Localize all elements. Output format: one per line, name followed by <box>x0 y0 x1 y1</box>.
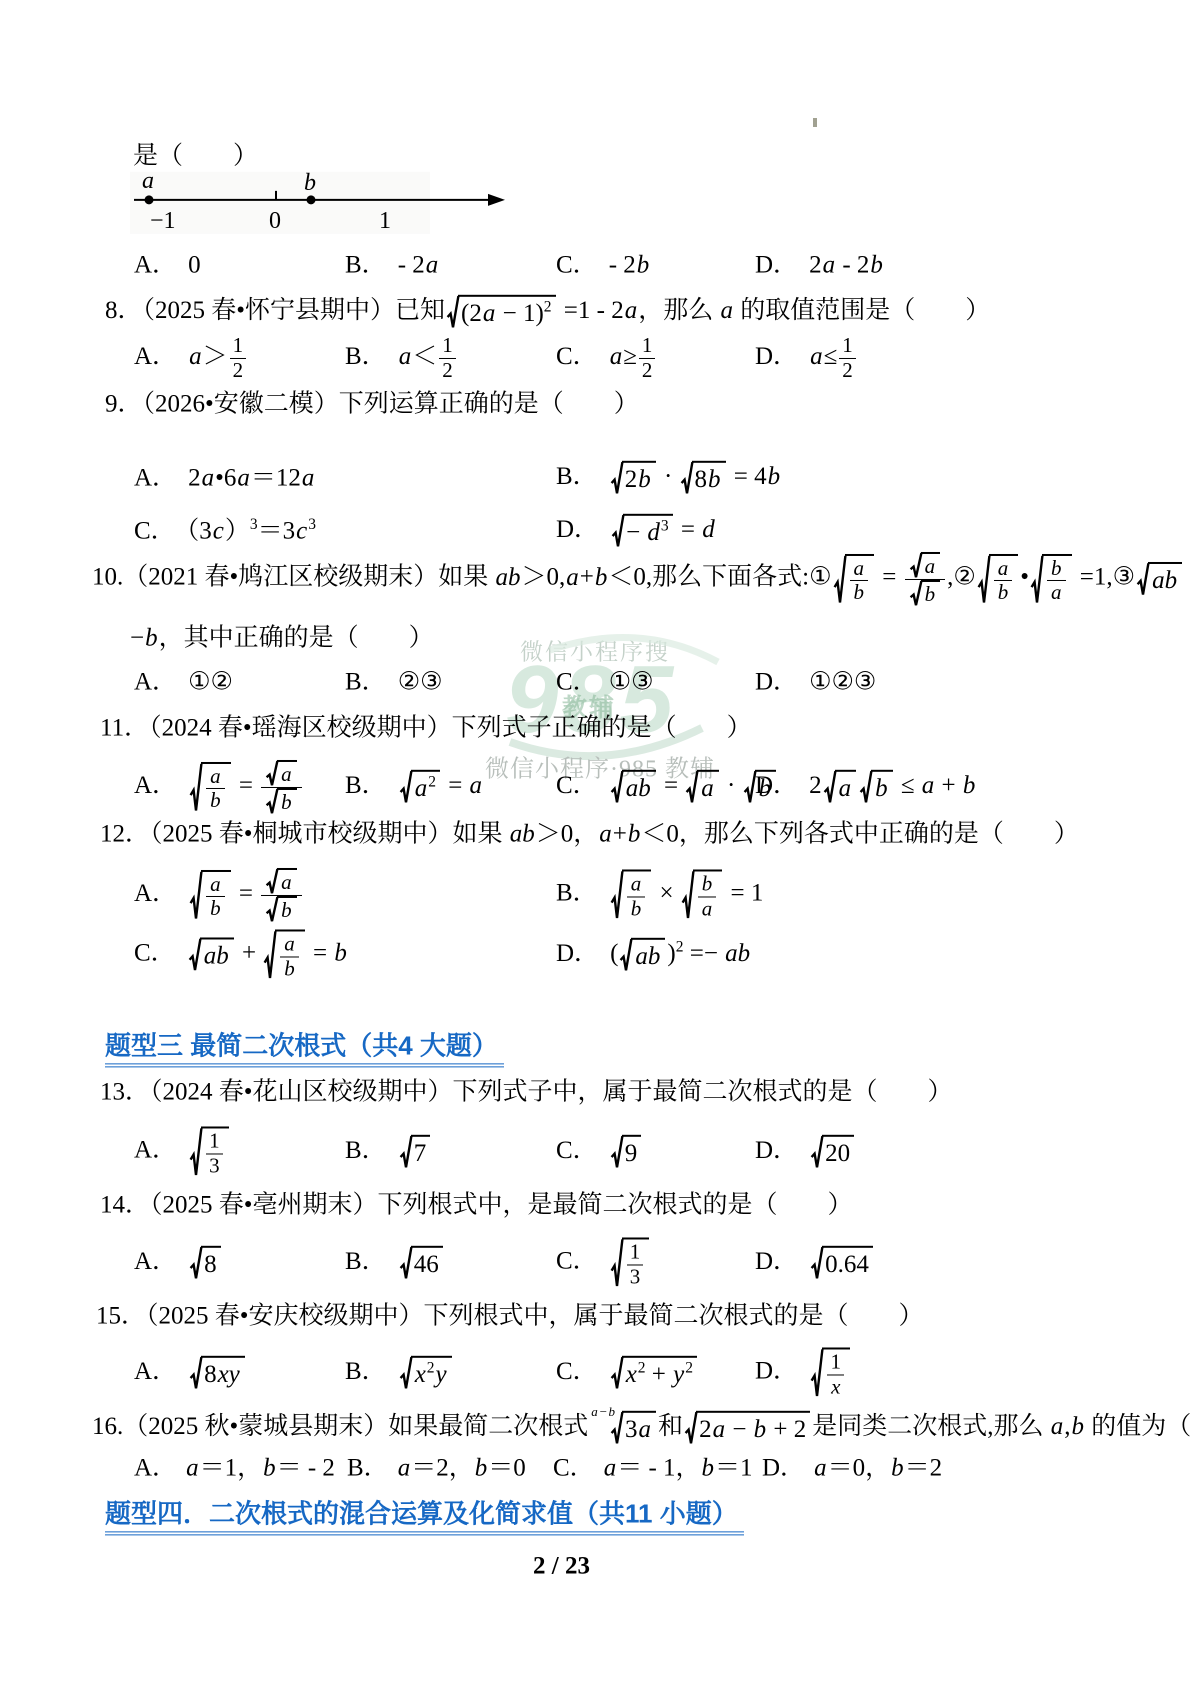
option-formula: ab = ab <box>188 880 304 907</box>
option-label: A． <box>134 1137 177 1164</box>
option-label: D． <box>556 940 599 967</box>
option-label: D． <box>762 1454 805 1481</box>
option-label: B． <box>345 251 387 278</box>
option-formula: a＜12 <box>398 343 458 370</box>
option-label: B． <box>345 772 387 799</box>
q7-option-c: C．- 2b <box>556 249 650 280</box>
q14-option-d: D．0.64 <box>755 1246 875 1280</box>
q9-option-d: D．− d3 = d <box>556 514 716 548</box>
axis-arrow-icon <box>488 194 505 206</box>
option-formula: 8 <box>188 1248 223 1275</box>
q16-option-c: C．a＝ - 1，b＝1 <box>553 1452 753 1483</box>
q12-option-d: D．(ab)2 =− ab <box>556 938 751 972</box>
option-label: C． <box>134 940 176 967</box>
q13-option-b: B．7 <box>345 1135 432 1169</box>
option-formula: ①② <box>188 668 233 695</box>
option-formula: ab × ba = 1 <box>609 880 764 907</box>
q11-option-a: A．ab = ab <box>134 760 304 814</box>
q9-option-c: C．（3c）3＝3c3 <box>134 515 316 546</box>
q16-option-b: B．a＝2，b＝0 <box>347 1452 526 1483</box>
tick-label-0: 0 <box>269 208 281 234</box>
option-formula: - 2b <box>609 251 651 278</box>
option-formula: ①③ <box>609 668 654 695</box>
option-formula: a＝ - 1，b＝1 <box>603 1454 753 1481</box>
option-label: C． <box>556 772 598 799</box>
option-formula: - 2a <box>398 251 440 278</box>
option-formula: ab = ab <box>188 772 304 799</box>
q15-option-d: D．1x <box>755 1347 852 1398</box>
option-label: A． <box>134 251 177 278</box>
q10-option-a: A．①② <box>134 666 233 697</box>
page-number: 2 / 23 <box>533 1550 590 1581</box>
option-label: A． <box>134 1248 177 1275</box>
q15-option-b: B．x2y <box>345 1356 454 1390</box>
question13-stem: 13．（2024 春•花山区校级期中）下列式子中，属于最简二次根式的是（ ） <box>100 1076 953 1107</box>
option-label: D． <box>755 251 798 278</box>
option-label: D． <box>755 1137 798 1164</box>
q11-option-b: B．a2 = a <box>345 770 483 804</box>
option-formula: ①②③ <box>809 668 876 695</box>
option-formula: 2ab ≤ a + b <box>809 772 976 799</box>
question16-stem: 16.（2025 秋•蒙城县期末）如果最简二次根式a−b3a和2a − b + … <box>92 1411 1190 1445</box>
option-label: C． <box>556 343 598 370</box>
option-formula: a＝0，b＝2 <box>813 1454 942 1481</box>
question15-stem: 15．（2025 春•安庆校级期中）下列根式中，属于最简二次根式的是（ ） <box>96 1300 924 1331</box>
option-label: C． <box>553 1454 595 1481</box>
option-label: C． <box>556 251 598 278</box>
q9-option-a: A．2a•6a＝12a <box>134 462 315 493</box>
q12-option-b: B．ab × ba = 1 <box>556 869 763 920</box>
q7-option-b: B．- 2a <box>345 249 439 280</box>
option-formula: a≤12 <box>809 343 858 370</box>
option-formula: a≥12 <box>609 343 658 370</box>
option-label: C． <box>556 1358 598 1385</box>
q14-option-c: C．13 <box>556 1237 651 1288</box>
option-label: B． <box>347 1454 389 1481</box>
question7-stem-continued: 是（ ） <box>133 140 258 171</box>
option-formula: a＝2，b＝0 <box>397 1454 526 1481</box>
q10-option-c: C．①③ <box>556 666 654 697</box>
option-label: A． <box>134 1454 177 1481</box>
option-formula: 0 <box>188 251 201 278</box>
option-formula: 9 <box>609 1137 644 1164</box>
option-label: A． <box>134 880 177 907</box>
q13-option-c: C．9 <box>556 1135 643 1169</box>
point-b-label: b <box>304 170 316 196</box>
option-label: C． <box>134 517 176 544</box>
q15-option-c: C．x2 + y2 <box>556 1356 699 1390</box>
option-label: B． <box>556 463 598 490</box>
section-three-header: 题型三 最简二次根式（共4 大题） <box>105 1029 504 1062</box>
option-label: C． <box>556 668 598 695</box>
point-a-dot <box>145 195 154 204</box>
option-label: D． <box>755 772 798 799</box>
question10-stem-line1: 10.（2021 春•鸠江区校级期末）如果 ab＞0,a+b＜0,那么下面各式:… <box>92 552 1190 606</box>
q7-option-d: D．2a - 2b <box>755 249 884 280</box>
option-label: D． <box>755 1358 798 1385</box>
tick-label-neg1: −1 <box>150 208 176 234</box>
option-formula: 13 <box>609 1248 652 1275</box>
option-label: B． <box>345 343 387 370</box>
option-formula: 8xy <box>188 1358 247 1385</box>
option-label: D． <box>556 516 599 543</box>
option-label: A． <box>134 772 177 799</box>
option-formula: （3c）3＝3c3 <box>187 517 316 544</box>
option-formula: 46 <box>398 1248 445 1275</box>
question8-stem: 8．（2025 春•怀宁县期中）已知(2a − 1)2 =1 - 2a，那么 a… <box>105 295 990 329</box>
q13-option-a: A．13 <box>134 1126 231 1177</box>
option-label: A． <box>134 668 177 695</box>
option-formula: 13 <box>188 1137 231 1164</box>
option-label: C． <box>556 1248 598 1275</box>
option-label: B． <box>345 668 387 695</box>
option-label: D． <box>755 668 798 695</box>
section-title: 题型三 最简二次根式（共4 大题） <box>105 1030 504 1067</box>
option-formula: − d3 = d <box>610 516 716 543</box>
option-formula: 1x <box>809 1358 852 1385</box>
q8-option-d: D．a≤12 <box>755 334 858 382</box>
q8-option-c: C．a≥12 <box>556 334 657 382</box>
q16-option-d: D．a＝0，b＝2 <box>762 1452 942 1483</box>
question12-stem: 12．（2025 春•桐城市校级期中）如果 ab＞0，a+b＜0，那么下列各式中… <box>100 818 1079 849</box>
question10-stem-line2: −b，其中正确的是（ ） <box>130 622 434 653</box>
option-label: A． <box>134 343 177 370</box>
option-formula: ab + ab = b <box>187 940 348 967</box>
q9-option-b: B．2b · 8b = 4b <box>556 461 781 495</box>
q16-option-a: A．a＝1，b＝ - 2 <box>134 1452 335 1483</box>
option-label: A． <box>134 464 177 491</box>
option-label: C． <box>556 1137 598 1164</box>
q11-option-d: D．2ab ≤ a + b <box>755 770 976 804</box>
option-label: B． <box>556 880 598 907</box>
q15-option-a: A．8xy <box>134 1356 247 1390</box>
section-four-header: 题型四．二次根式的混合运算及化简求值（共11 小题） <box>105 1497 744 1530</box>
option-formula: a＞12 <box>188 343 248 370</box>
option-label: A． <box>134 1358 177 1385</box>
option-label: D． <box>755 343 798 370</box>
option-formula: ab = a · b <box>609 772 778 799</box>
q7-option-a: A．0 <box>134 249 201 280</box>
q10-option-d: D．①②③ <box>755 666 876 697</box>
q12-option-c: C．ab + ab = b <box>134 929 348 980</box>
point-a-label: a <box>142 170 154 194</box>
q12-option-a: A．ab = ab <box>134 868 304 922</box>
option-label: B． <box>345 1248 387 1275</box>
option-formula: 2a•6a＝12a <box>188 464 315 491</box>
q8-option-a: A．a＞12 <box>134 334 248 382</box>
q11-option-c: C．ab = a · b <box>556 770 778 804</box>
option-formula: a2 = a <box>398 772 483 799</box>
point-b-dot <box>307 195 316 204</box>
q14-option-a: A．8 <box>134 1246 223 1280</box>
q10-option-b: B．②③ <box>345 666 443 697</box>
q8-option-b: B．a＜12 <box>345 334 458 382</box>
option-label: B． <box>345 1358 387 1385</box>
q13-option-d: D．20 <box>755 1135 856 1169</box>
option-formula: 2b · 8b = 4b <box>609 463 781 490</box>
number-line-figure: a b −1 0 1 <box>130 170 510 246</box>
q14-option-b: B．46 <box>345 1246 445 1280</box>
option-formula: 7 <box>398 1137 433 1164</box>
option-formula: x2y <box>398 1358 454 1385</box>
question9-stem: 9．（2026•安徽二模）下列运算正确的是（ ） <box>105 388 639 419</box>
option-formula: a＝1，b＝ - 2 <box>185 1454 335 1481</box>
worksheet-page: 是（ ） a b −1 0 1 A．0 B．- 2a C．- 2b D．2a -… <box>0 0 1190 1683</box>
option-formula: x2 + y2 <box>609 1358 699 1385</box>
section-title: 题型四．二次根式的混合运算及化简求值（共11 小题） <box>105 1498 744 1535</box>
question14-stem: 14．（2025 春•亳州期末）下列根式中，是最简二次根式的是（ ） <box>100 1189 853 1220</box>
tick-label-1: 1 <box>379 208 391 234</box>
question11-stem: 11．（2024 春•瑶海区校级期中）下列式子正确的是（ ） <box>100 712 752 743</box>
option-formula: ②③ <box>398 668 443 695</box>
option-formula: 20 <box>809 1137 856 1164</box>
scan-artifact <box>813 118 817 127</box>
option-formula: 0.64 <box>809 1248 875 1275</box>
option-label: D． <box>755 1248 798 1275</box>
option-formula: 2a - 2b <box>809 251 884 278</box>
option-formula: (ab)2 =− ab <box>610 940 751 967</box>
option-label: B． <box>345 1137 387 1164</box>
